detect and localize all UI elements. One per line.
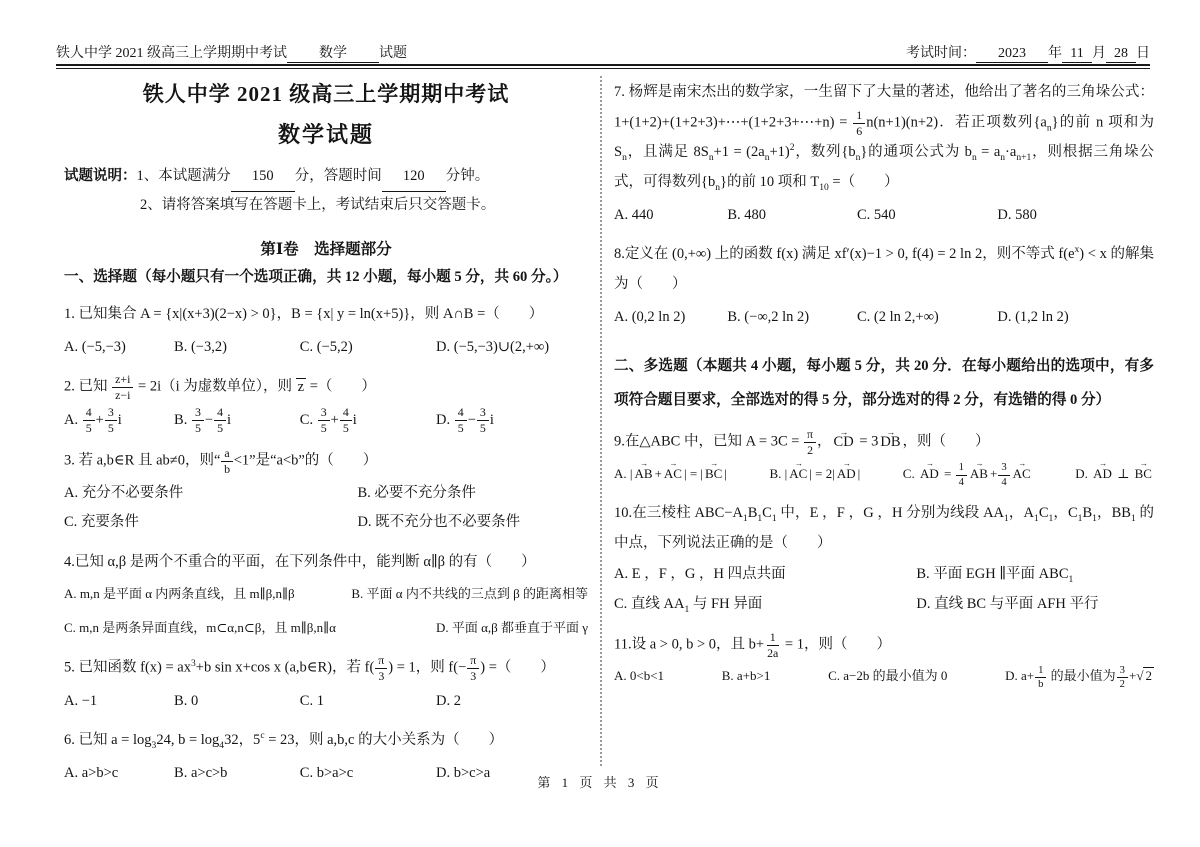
question-11: 11.设 a > 0, b > 0，且 b+12a = 1，则（ ） A. 0<… <box>614 630 1154 692</box>
page-footer: 第 1 页 共 3 页 <box>0 772 1200 791</box>
option: C. (2 ln 2,+∞) <box>857 302 997 332</box>
option: C. 540 <box>857 200 997 230</box>
question-1: 1. 已知集合 A = {x|(x+3)(2−x) > 0}，B = {x| y… <box>64 300 588 362</box>
option: A. (0,2 ln 2) <box>614 302 727 332</box>
total-score-underline: 150 <box>231 163 295 192</box>
question-options: A. (0,2 ln 2) B. (−∞,2 ln 2) C. (2 ln 2,… <box>614 302 1154 332</box>
option: A. E ，F ，G ，H 四点共面 <box>614 560 916 590</box>
question-3: 3. 若 a,b∈R 且 ab≠0，则“ab<1”是“a<b”的（ ） A. 充… <box>64 446 588 538</box>
exam-time-label: 考试时间： <box>906 46 976 61</box>
option: C. m,n 是两条异面直线，m⊂α,n⊂β，且 m∥β,n∥α <box>64 614 336 643</box>
note-line-2: 2、请将答案填写在答题卡上，考试结束后只交答题卡。 <box>64 192 588 220</box>
option: B. (−∞,2 ln 2) <box>727 302 857 332</box>
option: D. a+1b 的最小值为32+√2 <box>1005 662 1154 691</box>
question-stem: 4.已知 α,β 是两个不重合的平面，在下列条件中，能判断 α∥β 的有（ ） <box>64 548 588 578</box>
option: A. 0<b<1 <box>614 662 664 691</box>
option: A. (−5,−3) <box>64 332 174 362</box>
option: B. 平面 EGH ∥平面 ABC1 <box>916 560 1154 590</box>
header-paper-label: 试题 <box>379 46 407 61</box>
option: B. 480 <box>727 200 857 230</box>
option: C. 直线 AA1 与 FH 异面 <box>614 590 916 620</box>
option: D. 2 <box>436 686 588 716</box>
exam-month-unit: 月 <box>1092 46 1106 61</box>
option: B. 0 <box>174 686 300 716</box>
option: B. 平面 α 内不共线的三点到 β 的距离相等 <box>351 580 588 609</box>
question-options: A. 0<b<1 B. a+b>1 C. a−2b 的最小值为 0 D. a+1… <box>614 662 1154 691</box>
exam-year-unit: 年 <box>1048 46 1062 61</box>
question-10: 10.在三棱柱 ABC−A1B1C1 中，E ，F ，G ，H 分别为线段 AA… <box>614 499 1154 620</box>
exam-month-underline: 11 <box>1062 46 1092 63</box>
question-options: A. 45+35i B. 35−45i C. 35+45i D. 45−35i <box>64 405 588 436</box>
question-options: A. E ，F ，G ，H 四点共面 B. 平面 EGH ∥平面 ABC1 C.… <box>614 560 1154 619</box>
option: D. AD ⊥ BC <box>1075 460 1154 489</box>
option: D. 45−35i <box>436 405 588 436</box>
option: B. |AC| = 2|AD| <box>769 460 860 489</box>
option: D. 直线 BC 与平面 AFH 平行 <box>916 590 1154 620</box>
header-double-rule <box>56 64 1150 69</box>
option: A. m,n 是平面 α 内两条直线，且 m∥β,n∥β <box>64 580 295 609</box>
option: A. |AB+AC| = |BC| <box>614 460 727 489</box>
option: C. (−5,2) <box>300 332 436 362</box>
header-school-text: 铁人中学 2021 级高三上学期期中考试 <box>56 46 287 61</box>
option: A. 45+35i <box>64 405 174 436</box>
option: B. 35−45i <box>174 405 300 436</box>
option: B. a+b>1 <box>722 662 771 691</box>
section-2-heading: 二、多选题（本题共 4 小题，每小题 5 分，共 20 分．在每小题给出的选项中… <box>614 350 1154 417</box>
question-stem: 2. 已知 z+iz−i = 2i（i 为虚数单位），则 z =（ ） <box>64 372 588 403</box>
exam-notes: 试题说明：1、本试题满分150分，答题时间120分钟。 2、请将答案填写在答题卡… <box>64 163 588 219</box>
column-divider <box>600 76 602 766</box>
question-stem: 5. 已知函数 f(x) = ax3+b sin x+cos x (a,b∈R)… <box>64 653 588 684</box>
option: A. −1 <box>64 686 174 716</box>
question-options: A. m,n 是平面 α 内两条直线，且 m∥β,n∥β B. 平面 α 内不共… <box>64 580 588 643</box>
exam-day-unit: 日 <box>1136 46 1150 61</box>
question-stem: 9.在△ABC 中，已知 A = 3C = π2，CD = 3DB，则（ ） <box>614 427 1154 458</box>
notes-label: 试题说明： <box>64 168 137 184</box>
question-5: 5. 已知函数 f(x) = ax3+b sin x+cos x (a,b∈R)… <box>64 653 588 716</box>
question-stem: 11.设 a > 0, b > 0，且 b+12a = 1，则（ ） <box>614 630 1154 661</box>
question-4: 4.已知 α,β 是两个不重合的平面，在下列条件中，能判断 α∥β 的有（ ） … <box>64 548 588 643</box>
option: C. a−2b 的最小值为 0 <box>828 662 947 691</box>
question-stem: 10.在三棱柱 ABC−A1B1C1 中，E ，F ，G ，H 分别为线段 AA… <box>614 499 1154 558</box>
question-9: 9.在△ABC 中，已知 A = 3C = π2，CD = 3DB，则（ ） A… <box>614 427 1154 489</box>
option: C. 充要条件 <box>64 508 357 538</box>
header-exam-time: 考试时间：2023年11月28日 <box>906 42 1150 63</box>
option: A. 充分不必要条件 <box>64 479 357 509</box>
question-stem: 3. 若 a,b∈R 且 ab≠0，则“ab<1”是“a<b”的（ ） <box>64 446 588 477</box>
option: B. (−3,2) <box>174 332 300 362</box>
page-header: 铁人中学 2021 级高三上学期期中考试数学试题 考试时间：2023年11月28… <box>56 42 1150 63</box>
note1-text: 1、本试题满分 <box>137 168 231 184</box>
question-2: 2. 已知 z+iz−i = 2i（i 为虚数单位），则 z =（ ） A. 4… <box>64 372 588 436</box>
right-column: 7. 杨辉是南宋杰出的数学家，一生留下了大量的著述，他给出了著名的三角垛公式：1… <box>614 78 1154 691</box>
exam-day-underline: 28 <box>1106 46 1136 63</box>
exam-year-underline: 2023 <box>976 46 1048 63</box>
note1-text2: 分，答题时间 <box>295 168 382 184</box>
volume-heading: 第Ⅰ卷 选择题部分 <box>64 237 588 259</box>
option: B. 必要不充分条件 <box>357 479 588 509</box>
question-options: A. 440 B. 480 C. 540 D. 580 <box>614 200 1154 230</box>
question-options: A. −1 B. 0 C. 1 D. 2 <box>64 686 588 716</box>
exam-subtitle: 数学试题 <box>64 118 588 149</box>
option: D. (−5,−3)∪(2,+∞) <box>436 332 588 362</box>
question-7: 7. 杨辉是南宋杰出的数学家，一生留下了大量的著述，他给出了著名的三角垛公式：1… <box>614 78 1154 230</box>
option: D. 580 <box>997 200 1154 230</box>
option: A. 440 <box>614 200 727 230</box>
question-options: A. |AB+AC| = |BC| B. |AC| = 2|AD| C. AD … <box>614 460 1154 489</box>
option: D. 平面 α,β 都垂直于平面 γ <box>436 614 588 643</box>
note1-text3: 分钟。 <box>446 168 490 184</box>
option: C. AD = 14AB+34AC <box>903 460 1033 489</box>
question-8: 8.定义在 (0,+∞) 上的函数 f(x) 满足 xf′(x)−1 > 0, … <box>614 240 1154 332</box>
question-options: A. 充分不必要条件 B. 必要不充分条件 C. 充要条件 D. 既不充分也不必… <box>64 479 588 538</box>
option: D. (1,2 ln 2) <box>997 302 1154 332</box>
minutes-underline: 120 <box>382 163 446 192</box>
option: D. 既不充分也不必要条件 <box>357 508 588 538</box>
exam-page: 铁人中学 2021 级高三上学期期中考试数学试题 考试时间：2023年11月28… <box>0 0 1200 847</box>
left-column: 铁人中学 2021 级高三上学期期中考试 数学试题 试题说明：1、本试题满分15… <box>64 74 588 788</box>
question-stem: 8.定义在 (0,+∞) 上的函数 f(x) 满足 xf′(x)−1 > 0, … <box>614 240 1154 299</box>
note-line-1: 试题说明：1、本试题满分150分，答题时间120分钟。 <box>64 163 588 192</box>
header-subject-underline: 数学 <box>287 42 379 63</box>
option: C. 35+45i <box>300 405 436 436</box>
question-stem: 1. 已知集合 A = {x|(x+3)(2−x) > 0}，B = {x| y… <box>64 300 588 330</box>
header-school-line: 铁人中学 2021 级高三上学期期中考试数学试题 <box>56 42 407 63</box>
question-stem: 7. 杨辉是南宋杰出的数学家，一生留下了大量的著述，他给出了著名的三角垛公式：1… <box>614 78 1154 198</box>
option: C. 1 <box>300 686 436 716</box>
section-1-heading: 一、选择题（每小题只有一个选项正确，共 12 小题，每小题 5 分，共 60 分… <box>64 265 588 290</box>
exam-title: 铁人中学 2021 级高三上学期期中考试 <box>64 78 588 108</box>
question-options: A. (−5,−3) B. (−3,2) C. (−5,2) D. (−5,−3… <box>64 332 588 362</box>
question-stem: 6. 已知 a = log324, b = log432，5c = 23，则 a… <box>64 726 588 756</box>
